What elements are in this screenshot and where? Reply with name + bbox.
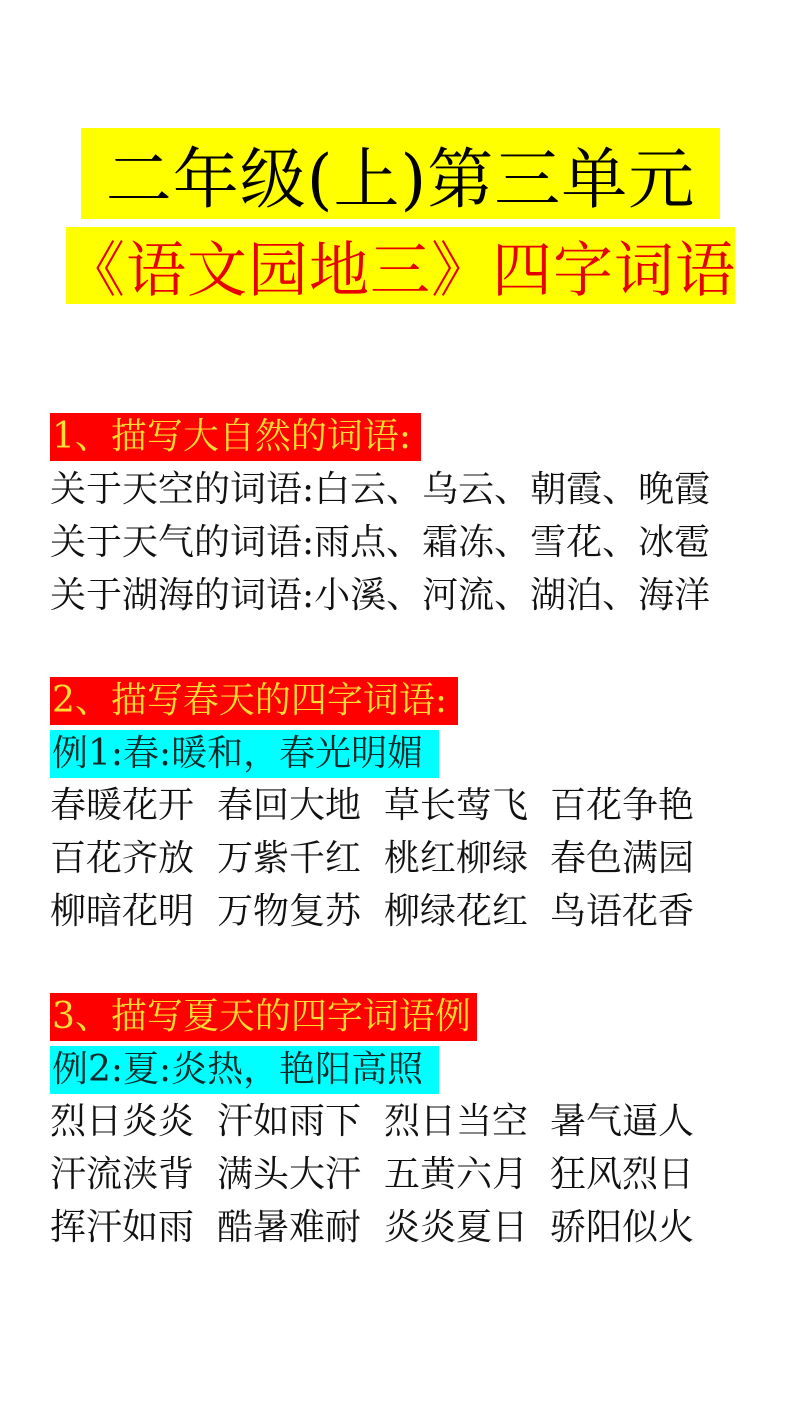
section-1-header: 1、描写大自然的词语: [50, 413, 421, 461]
word: 炎炎夏日 [384, 1206, 528, 1250]
word: 草长莺飞 [384, 784, 528, 828]
word: 酷暑难耐 [217, 1206, 361, 1250]
word: 柳暗花明 [50, 890, 194, 934]
word: 百花争艳 [550, 784, 694, 828]
section-1-line-weather: 关于天气的词语:雨点、霜冻、雪花、冰雹 [50, 521, 710, 565]
word: 骄阳似火 [550, 1206, 694, 1250]
word: 万物复苏 [217, 890, 361, 934]
section-3-row-3: 挥汗如雨 酷暑难耐 炎炎夏日 骄阳似火 [50, 1206, 770, 1250]
page-title: 二年级(上)第三单元 [81, 128, 720, 219]
section-2-row-1: 春暖花开 春回大地 草长莺飞 百花争艳 [50, 784, 770, 828]
section-2-header: 2、描写春天的四字词语: [50, 677, 458, 725]
section-3-row-1: 烈日炎炎 汗如雨下 烈日当空 暑气逼人 [50, 1100, 770, 1144]
section-3-row-2: 汗流浃背 满头大汗 五黄六月 狂风烈日 [50, 1153, 770, 1197]
word: 桃红柳绿 [384, 837, 528, 881]
section-1-line-lakes: 关于湖海的词语:小溪、河流、湖泊、海洋 [50, 574, 710, 618]
word: 春暖花开 [50, 784, 194, 828]
word: 五黄六月 [384, 1153, 528, 1197]
title-line-2: 《语文园地三》四字词语 [66, 227, 735, 304]
word: 春色满园 [550, 837, 694, 881]
word: 汗流浃背 [50, 1153, 194, 1197]
section-3-example: 例2:夏:炎热，艳阳高照 [50, 1046, 439, 1094]
word: 烈日当空 [384, 1100, 528, 1144]
section-2-row-3: 柳暗花明 万物复苏 柳绿花红 鸟语花香 [50, 890, 770, 934]
section-1-line-sky: 关于天空的词语:白云、乌云、朝霞、晚霞 [50, 468, 710, 512]
page-subtitle: 《语文园地三》四字词语 [66, 227, 735, 304]
section-2-row-2: 百花齐放 万紫千红 桃红柳绿 春色满园 [50, 837, 770, 881]
word: 鸟语花香 [550, 890, 694, 934]
word: 狂风烈日 [550, 1153, 694, 1197]
title-line-1: 二年级(上)第三单元 [106, 128, 696, 219]
section-2-example: 例1:春:暖和，春光明媚 [50, 730, 439, 778]
word: 满头大汗 [217, 1153, 361, 1197]
word: 春回大地 [217, 784, 361, 828]
word: 柳绿花红 [384, 890, 528, 934]
word: 暑气逼人 [550, 1100, 694, 1144]
section-3-header: 3、描写夏天的四字词语例 [50, 993, 477, 1041]
word: 汗如雨下 [217, 1100, 361, 1144]
word: 万紫千红 [217, 837, 361, 881]
word: 百花齐放 [50, 837, 194, 881]
word: 挥汗如雨 [50, 1206, 194, 1250]
word: 烈日炎炎 [50, 1100, 194, 1144]
